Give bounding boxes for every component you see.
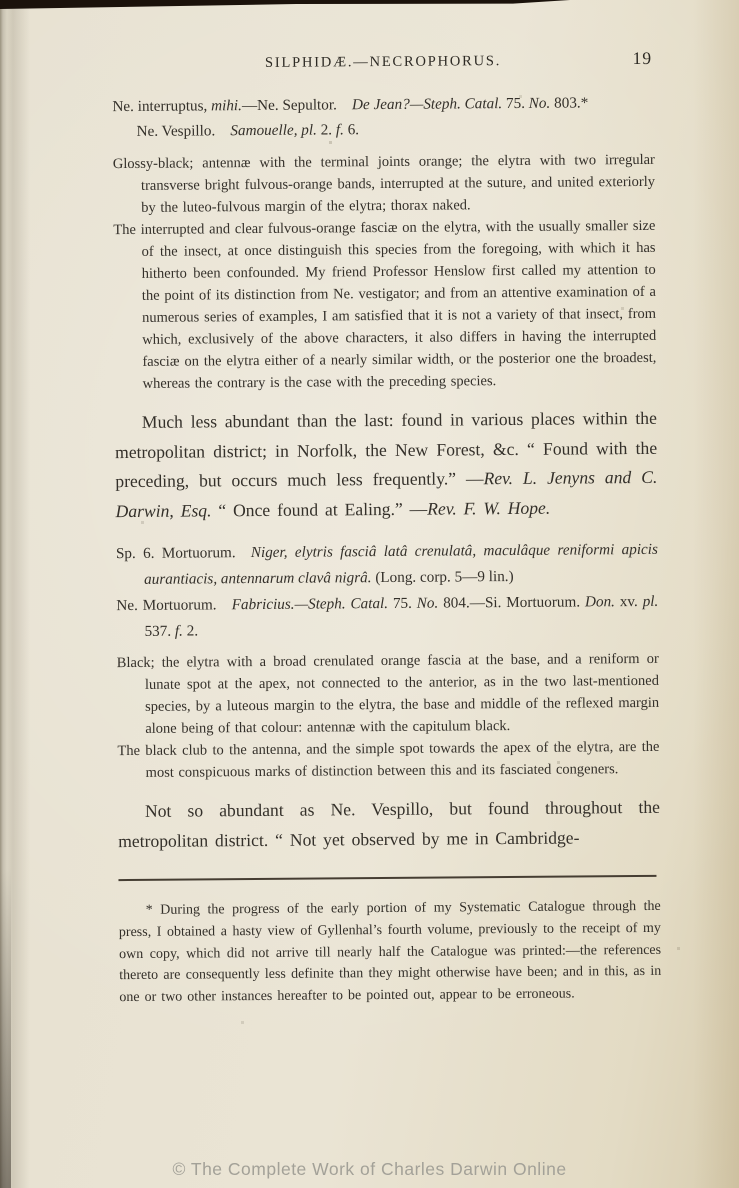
synonymy-line-interruptus: Ne. interruptus, mihi.—Ne. Sepultor. De … <box>112 90 654 119</box>
description-text: Black; the elytra with a broad crenulate… <box>117 648 660 740</box>
habitat-text: Not so abundant as Ne. Vespillo, but fou… <box>118 793 660 856</box>
remarks-text: The black club to the antenna, and the s… <box>117 736 659 784</box>
remarks-paragraph: The interrupted and clear fulvous-orange… <box>113 215 656 395</box>
book-spine-edge <box>0 0 30 1188</box>
footnote-divider-rule <box>118 875 656 881</box>
watermark-text: © The Complete Work of Charles Darwin On… <box>172 1159 566 1180</box>
footnote-text: * During the progress of the early porti… <box>119 896 662 1009</box>
remarks-paragraph-mortuorum: The black club to the antenna, and the s… <box>117 736 659 784</box>
habitat-text: Much less abundant than the last: found … <box>115 404 658 526</box>
scanned-book-page: SILPHIDÆ.—NECROPHORUS. 19 Ne. interruptu… <box>0 0 739 1188</box>
remarks-text: The interrupted and clear fulvous-orange… <box>113 215 656 395</box>
scan-top-shadow <box>0 0 570 9</box>
description-text: Glossy-black; antennæ with the terminal … <box>113 149 656 219</box>
page-header: SILPHIDÆ.—NECROPHORUS. 19 <box>112 52 654 78</box>
synonymy-interruptus: Ne. interruptus, mihi.—Ne. Sepultor. De … <box>112 90 654 144</box>
synonymy-line-vespillo: Ne. Vespillo. Samouelle, pl. 2. f. 6. <box>113 115 655 144</box>
text-blocks: Ne. interruptus, mihi.—Ne. Sepultor. De … <box>112 90 661 1009</box>
page-edge-shading <box>693 0 739 1188</box>
species-heading-mortuorum: Sp. 6. Mortuorum. Niger, elytris fasciâ … <box>116 537 659 645</box>
footnote-paragraph: * During the progress of the early porti… <box>119 896 662 1009</box>
page-text-column: SILPHIDÆ.—NECROPHORUS. 19 Ne. interruptu… <box>112 52 661 1009</box>
species-synonymy-line: Ne. Mortuorum. Fabricius.—Steph. Catal. … <box>116 589 658 645</box>
description-paragraph-mortuorum: Black; the elytra with a broad crenulate… <box>117 648 660 740</box>
species-diagnosis-line: Sp. 6. Mortuorum. Niger, elytris fasciâ … <box>116 537 658 593</box>
description-paragraph: Glossy-black; antennæ with the terminal … <box>113 149 656 219</box>
habitat-paragraph-mortuorum: Not so abundant as Ne. Vespillo, but fou… <box>118 793 660 856</box>
running-header: SILPHIDÆ.—NECROPHORUS. <box>112 52 654 73</box>
page-number: 19 <box>632 48 652 69</box>
habitat-paragraph-interruptus: Much less abundant than the last: found … <box>115 404 658 526</box>
